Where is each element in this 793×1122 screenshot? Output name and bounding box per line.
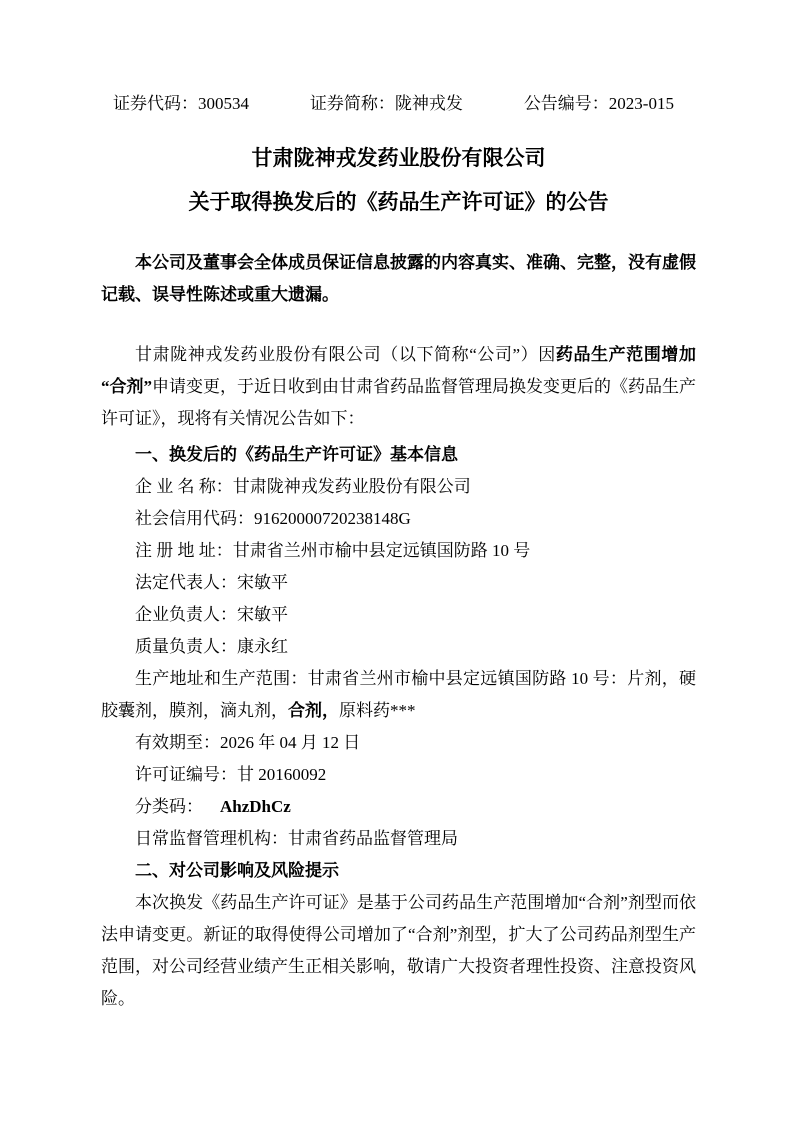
info-production-address-scope: 生产地址和生产范围：甘肃省兰州市榆中县定远镇国防路 10 号：片剂，硬胶囊剂，膜… xyxy=(101,663,696,727)
info-social-credit-code: 社会信用代码：91620000720238148G xyxy=(101,503,696,535)
info-enterprise-head: 企业负责人：宋敏平 xyxy=(101,599,696,631)
info-license-number: 许可证编号：甘 20160092 xyxy=(101,759,696,791)
item-text: 社会信用代码：91620000720238148G xyxy=(135,509,411,528)
board-guarantee-statement: 本公司及董事会全体成员保证信息披露的内容真实、准确、完整，没有虚假记载、误导性陈… xyxy=(101,247,696,311)
item-text: 注 册 地 址：甘肃省兰州市榆中县定远镇国防路 10 号 xyxy=(135,541,530,560)
intro-paragraph: 甘肃陇神戎发药业股份有限公司（以下简称“公司”）因药品生产范围增加“合剂”申请变… xyxy=(101,339,696,435)
stock-short-name: 证券简称：陇神戎发 xyxy=(310,93,463,115)
company-name-title: 甘肃陇神戎发药业股份有限公司 xyxy=(101,138,696,178)
announcement-page: 证券代码：300534 证券简称：陇神戎发 公告编号：2023-015 甘肃陇神… xyxy=(0,0,793,1122)
info-enterprise-name: 企 业 名 称：甘肃陇神戎发药业股份有限公司 xyxy=(101,471,696,503)
info-registered-address: 注 册 地 址：甘肃省兰州市榆中县定远镇国防路 10 号 xyxy=(101,535,696,567)
item-text: 有效期至：2026 年 04 月 12 日 xyxy=(135,733,360,752)
info-supervision-authority: 日常监督管理机构：甘肃省药品监督管理局 xyxy=(101,823,696,855)
section2-heading: 二、对公司影响及风险提示 xyxy=(101,855,696,887)
info-valid-until: 有效期至：2026 年 04 月 12 日 xyxy=(101,727,696,759)
announcement-title: 关于取得换发后的《药品生产许可证》的公告 xyxy=(101,182,696,222)
item-text: 日常监督管理机构：甘肃省药品监督管理局 xyxy=(135,829,458,848)
document-header: 证券代码：300534 证券简称：陇神戎发 公告编号：2023-015 xyxy=(101,93,696,115)
announcement-number: 公告编号：2023-015 xyxy=(524,93,674,115)
item-text: 法定代表人：宋敏平 xyxy=(135,573,288,592)
item-text: 分类码： xyxy=(135,797,220,816)
impact-risk-paragraph: 本次换发《药品生产许可证》是基于公司药品生产范围增加“合剂”剂型而依法申请变更。… xyxy=(101,887,696,1015)
info-legal-representative: 法定代表人：宋敏平 xyxy=(101,567,696,599)
intro-text-post: 申请变更，于近日收到由甘肃省药品监督管理局换发变更后的《药品生产许可证》，现将有… xyxy=(101,377,696,428)
intro-text-pre: 甘肃陇神戎发药业股份有限公司（以下简称“公司”）因 xyxy=(135,345,556,364)
info-classification-code: 分类码： AhzDhCz xyxy=(101,791,696,823)
section1-heading: 一、换发后的《药品生产许可证》基本信息 xyxy=(101,439,696,471)
info-quality-head: 质量负责人：康永红 xyxy=(101,631,696,663)
item-text: 许可证编号：甘 20160092 xyxy=(135,765,326,784)
item-text-post: 原料药*** xyxy=(339,701,416,720)
stock-code: 证券代码：300534 xyxy=(113,93,249,115)
item-text: 企业负责人：宋敏平 xyxy=(135,605,288,624)
page-content: 证券代码：300534 证券简称：陇神戎发 公告编号：2023-015 甘肃陇神… xyxy=(0,93,793,1015)
item-text-bold: 合剂， xyxy=(288,701,339,720)
item-text: 企 业 名 称：甘肃陇神戎发药业股份有限公司 xyxy=(135,477,471,496)
item-text: 质量负责人：康永红 xyxy=(135,637,288,656)
item-text-bold: AhzDhCz xyxy=(220,797,291,816)
